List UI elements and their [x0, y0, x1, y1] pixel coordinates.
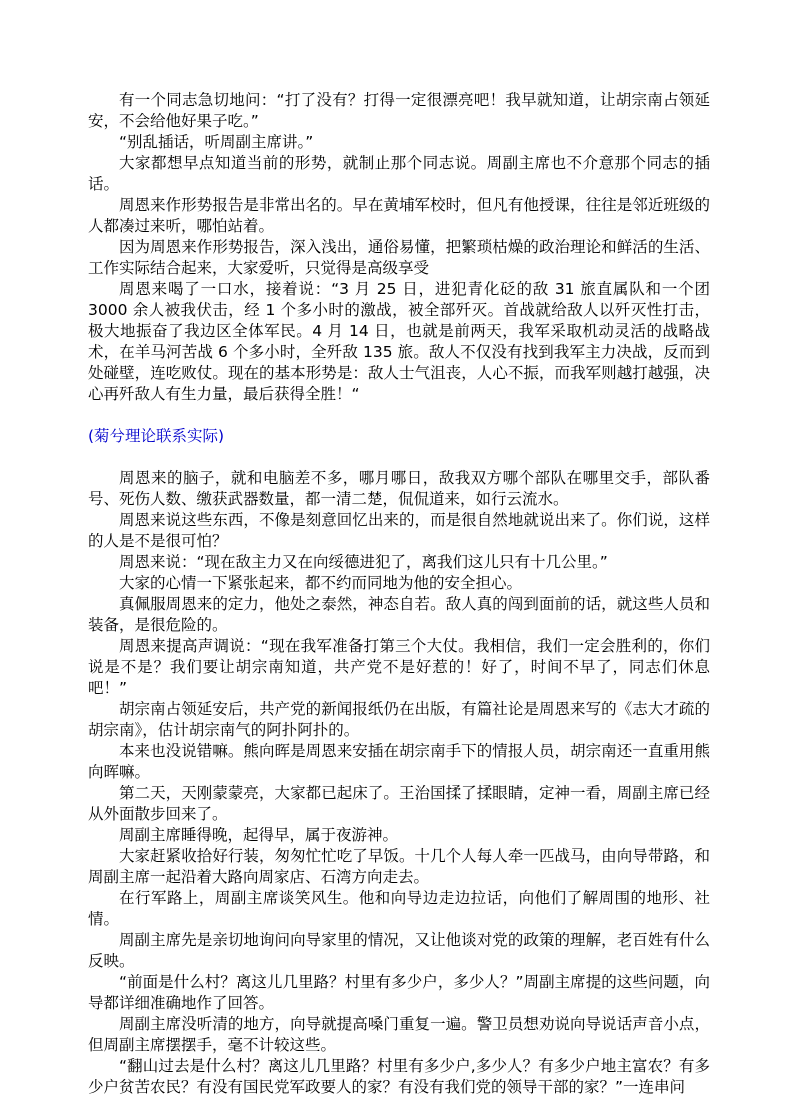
paragraph: 周副主席睡得晚，起得早，属于夜游神。	[88, 825, 710, 846]
paragraph: 周恩来说这些东西，不像是刻意回忆出来的，而是很自然地就说出来了。你们说，这样的人…	[88, 510, 710, 552]
paragraph: 大家的心情一下紧张起来，都不约而同地为他的安全担心。	[88, 573, 710, 594]
paragraph: 周恩来作形势报告是非常出名的。早在黄埔军校时，但凡有他授课，往往是邻近班级的人都…	[88, 195, 710, 237]
paragraph: 周恩来提高声调说：“现在我军准备打第三个大仗。我相信，我们一定会胜利的，你们说是…	[88, 636, 710, 699]
paragraph: 周副主席先是亲切地询问向导家里的情况，又让他谈对党的政策的理解，老百姓有什么反映…	[88, 930, 710, 972]
document-page: 有一个同志急切地问：“打了没有？打得一定很漂亮吧！我早就知道，让胡宗南占领延安，…	[0, 0, 800, 1100]
section-heading: (菊兮理论联系实际)	[88, 426, 710, 447]
paragraph: 周副主席没听清的地方，向导就提高嗓门重复一遍。警卫员想劝说向导说话声音小点，但周…	[88, 1014, 710, 1056]
text-block: 有一个同志急切地问：“打了没有？打得一定很漂亮吧！我早就知道，让胡宗南占领延安，…	[88, 90, 710, 1098]
paragraph: “别乱插话，听周副主席讲。”	[88, 132, 710, 153]
paragraph: “翻山过去是什么村？离这儿几里路？村里有多少户,多少人？有多少户地主富农？有多少…	[88, 1056, 710, 1098]
paragraph: 大家赶紧收拾好行装，匆匆忙忙吃了早饭。十几个人每人牵一匹战马，由向导带路，和周副…	[88, 846, 710, 888]
paragraph: 有一个同志急切地问：“打了没有？打得一定很漂亮吧！我早就知道，让胡宗南占领延安，…	[88, 90, 710, 132]
paragraph: 周恩来喝了一口水，接着说：“3 月 25 日，进犯青化砭的敌 31 旅直属队和一…	[88, 279, 710, 405]
paragraph: 因为周恩来作形势报告，深入浅出，通俗易懂，把繁琐枯燥的政治理论和鲜活的生活、工作…	[88, 237, 710, 279]
paragraph: 本来也没说错嘛。熊向晖是周恩来安插在胡宗南手下的情报人员，胡宗南还一直重用熊向晖…	[88, 741, 710, 783]
paragraph: 第二天，天刚蒙蒙亮，大家都已起床了。王治国揉了揉眼睛，定神一看，周副主席已经从外…	[88, 783, 710, 825]
paragraph: 周恩来的脑子，就和电脑差不多，哪月哪日，敌我双方哪个部队在哪里交手，部队番号、死…	[88, 468, 710, 510]
paragraph: 周恩来说：“现在敌主力又在向绥德进犯了，离我们这儿只有十几公里。”	[88, 552, 710, 573]
paragraph: 真佩服周恩来的定力，他处之泰然，神态自若。敌人真的闯到面前的话，就这些人员和装备…	[88, 594, 710, 636]
paragraph: 在行军路上，周副主席谈笑风生。他和向导边走边拉话，向他们了解周围的地形、社情。	[88, 888, 710, 930]
paragraph: 大家都想早点知道当前的形势，就制止那个同志说。周副主席也不介意那个同志的插话。	[88, 153, 710, 195]
paragraph: “前面是什么村？离这儿几里路？村里有多少户，多少人？”周副主席提的这些问题，向导…	[88, 972, 710, 1014]
paragraph: 胡宗南占领延安后，共产党的新闻报纸仍在出版，有篇社论是周恩来写的《志大才疏的胡宗…	[88, 699, 710, 741]
